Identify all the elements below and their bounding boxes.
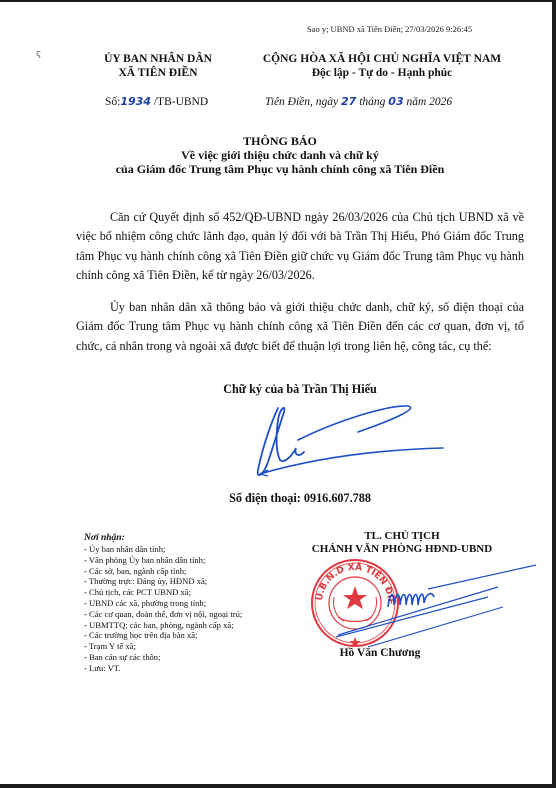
recipients-block: Nơi nhận: - Ủy ban nhân dân tỉnh; - Văn … (84, 532, 304, 674)
recipient-item: - Các cơ quan, đoàn thể, đơn vị nội, ngo… (84, 609, 304, 620)
date-month: 03 (388, 95, 403, 108)
org-line-1: ỦY BAN NHÂN DÂN (88, 52, 228, 66)
recipient-item: - Các trường học trên địa bàn xã; (84, 630, 304, 641)
signer-line-2: CHÁNH VĂN PHÒNG HĐND-UBND (296, 543, 508, 556)
recipients-heading: Nơi nhận: (84, 532, 304, 544)
title-line-3: của Giám đốc Trung tâm Phục vụ hành chín… (60, 162, 500, 176)
recipient-item: - Ban cán sự các thôn; (84, 652, 304, 663)
paragraph-text: Ủy ban nhân dân xã thông báo và giới thi… (76, 298, 524, 356)
recipient-item: - Chủ tịch, các PCT UBND xã; (84, 587, 304, 598)
doc-number-suffix: /TB-UBND (151, 96, 208, 108)
document-number: Số:1934 /TB-UBND (105, 95, 208, 108)
sample-signature-image (248, 400, 458, 490)
signer-title-block: TL. CHỦ TỊCH CHÁNH VĂN PHÒNG HĐND-UBND (296, 530, 508, 556)
signer-name: Hồ Văn Chương (296, 647, 464, 659)
body-paragraph-1: Căn cứ Quyết định số 452/QĐ-UBND ngày 26… (76, 208, 524, 286)
date-day: 27 (341, 95, 356, 108)
recipients-list: - Ủy ban nhân dân tỉnh; - Văn phòng Ủy b… (84, 544, 304, 674)
phone-number: Số điện thoại: 0916.607.788 (60, 491, 540, 506)
signer-line-1: TL. CHỦ TỊCH (296, 530, 508, 543)
doc-number-handwritten: 1934 (120, 95, 151, 108)
date-year: năm 2026 (404, 96, 453, 108)
date-line: Tiên Điền, ngày 27 tháng 03 năm 2026 (265, 95, 452, 108)
viewer-frame-top (0, 0, 556, 2)
recipient-item: - Ủy ban nhân dân tỉnh; (84, 544, 304, 555)
nation-line-2: Độc lập - Tự do - Hạnh phúc (232, 66, 532, 80)
issuing-organization: ỦY BAN NHÂN DÂN XÃ TIÊN ĐIỀN (88, 52, 228, 80)
copy-notice: Sao y; UBND xã Tiên Điền; 27/03/2026 9:2… (307, 24, 472, 34)
doc-number-prefix: Số: (105, 96, 120, 108)
national-motto: CỘNG HÒA XÃ HỘI CHỦ NGHĨA VIỆT NAM Độc l… (232, 52, 532, 80)
recipient-item: - Thường trực: Đảng ủy, HĐND xã; (84, 576, 304, 587)
org-line-2: XÃ TIÊN ĐIỀN (88, 66, 228, 80)
viewer-frame-bottom (0, 784, 556, 788)
date-month-label: tháng (356, 96, 388, 108)
recipient-item: - Văn phòng Ủy ban nhân dân tỉnh; (84, 555, 304, 566)
date-prefix: Tiên Điền, ngày (265, 96, 341, 108)
recipient-item: - UBMTTQ; các ban, phòng, ngành cấp xã; (84, 620, 304, 631)
signature-label: Chữ ký của bà Trần Thị Hiếu (60, 382, 540, 397)
paragraph-text: Căn cứ Quyết định số 452/QĐ-UBND ngày 26… (76, 208, 524, 286)
document-title: THÔNG BÁO Về việc giới thiệu chức danh v… (60, 134, 500, 176)
stray-mark: ς (36, 49, 41, 59)
nation-line-1: CỘNG HÒA XÃ HỘI CHỦ NGHĨA VIỆT NAM (232, 52, 532, 66)
viewer-frame-right (552, 0, 556, 788)
recipient-item: - UBND các xã, phường trong tỉnh; (84, 598, 304, 609)
recipient-item: - Trạm Y tế xã; (84, 641, 304, 652)
title-line-2: Về việc giới thiệu chức danh và chữ ký (60, 148, 500, 162)
recipient-item: - Lưu: VT. (84, 663, 304, 674)
recipient-item: - Các sở, ban, ngành cấp tỉnh; (84, 566, 304, 577)
body-paragraph-2: Ủy ban nhân dân xã thông báo và giới thi… (76, 298, 524, 356)
title-line-1: THÔNG BÁO (60, 134, 500, 148)
official-seal-icon: U.B.N.D XÃ TIÊN ĐIỀN T.H (308, 557, 538, 657)
